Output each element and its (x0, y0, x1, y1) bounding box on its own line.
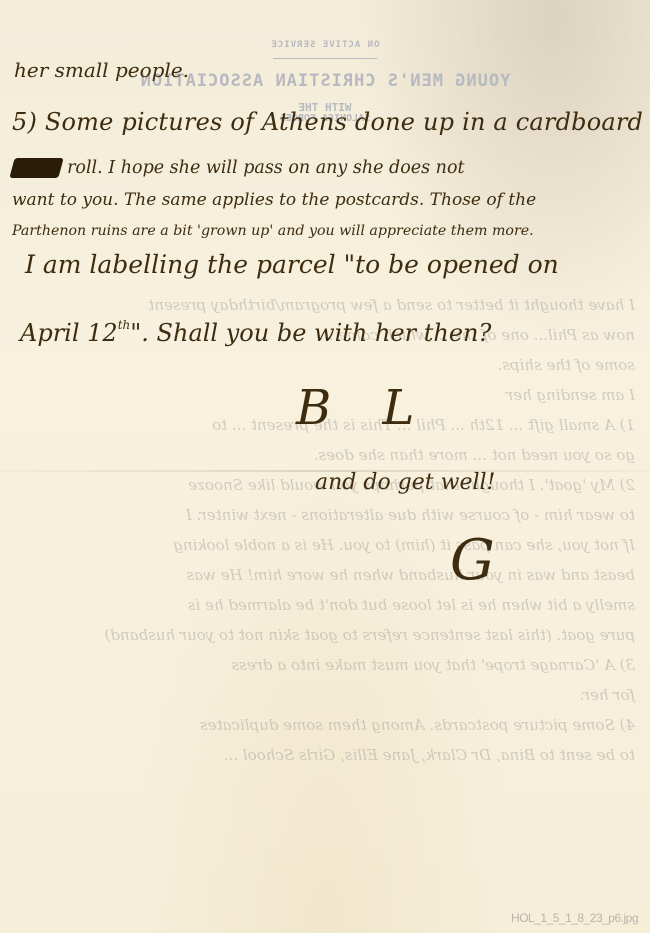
letter-line-1: her small people. (14, 58, 189, 82)
bleed-line: to be sent to Bina, Dr Clark, Jane Ellis… (20, 740, 635, 770)
signature-initial: G (450, 528, 495, 593)
bleed-line: smelly a bit when he is let loose but do… (20, 590, 635, 620)
closing-initials: B L (296, 380, 432, 436)
letter-line-6: I am labelling the parcel "to be opened … (25, 250, 559, 279)
letter-line-7-text: ". Shall you be with her then? (130, 319, 491, 347)
letter-line-4: want to you. The same applies to the pos… (12, 190, 536, 210)
letter-page: ON ACTIVE SERVICE YOUNG MEN'S CHRISTIAN … (0, 0, 650, 933)
letterhead-on-active-service: ON ACTIVE SERVICE (0, 40, 650, 50)
letter-line-2: 5) Some pictures of Athens done up in a … (12, 108, 643, 136)
bleed-line: go so you need not ... more than she doe… (20, 440, 635, 470)
date-text: April 12 (20, 319, 118, 347)
postscript-get-well: and do get well! (315, 470, 495, 495)
bleed-line: I have thought it better to send a few p… (20, 290, 635, 320)
bleed-line: to wear him - of course with due alterat… (20, 500, 635, 530)
letterhead-rule (273, 58, 377, 59)
letter-line-3: Some roll. I hope she will pass on any s… (12, 158, 465, 178)
image-filename-watermark: HOL_1_5_1_8_23_p6.jpg (511, 911, 638, 925)
bleed-line: some of the ships. (20, 350, 635, 380)
letter-line-7: April 12th". Shall you be with her then? (20, 318, 491, 347)
bleed-line: pure goat. (this last sentence refers to… (20, 620, 635, 650)
date-ordinal: th (118, 318, 131, 332)
bleed-line: for her. (20, 680, 635, 710)
bleed-line: beast and was in your husband when he wo… (20, 560, 635, 590)
letter-line-5: Parthenon ruins are a bit 'grown up' and… (12, 223, 534, 239)
bleed-line: 4) Some picture postcards. Among them so… (20, 710, 635, 740)
letter-line-3-text: roll. I hope she will pass on any she do… (67, 158, 464, 178)
bleed-line: If not you, she can pass it (him) to you… (20, 530, 635, 560)
reverse-side-bleed-through: I have thought it better to send a few p… (20, 290, 635, 770)
crossed-out-word: Some (9, 158, 64, 178)
bleed-line: 3) A 'Carnage trope' that you must make … (20, 650, 635, 680)
